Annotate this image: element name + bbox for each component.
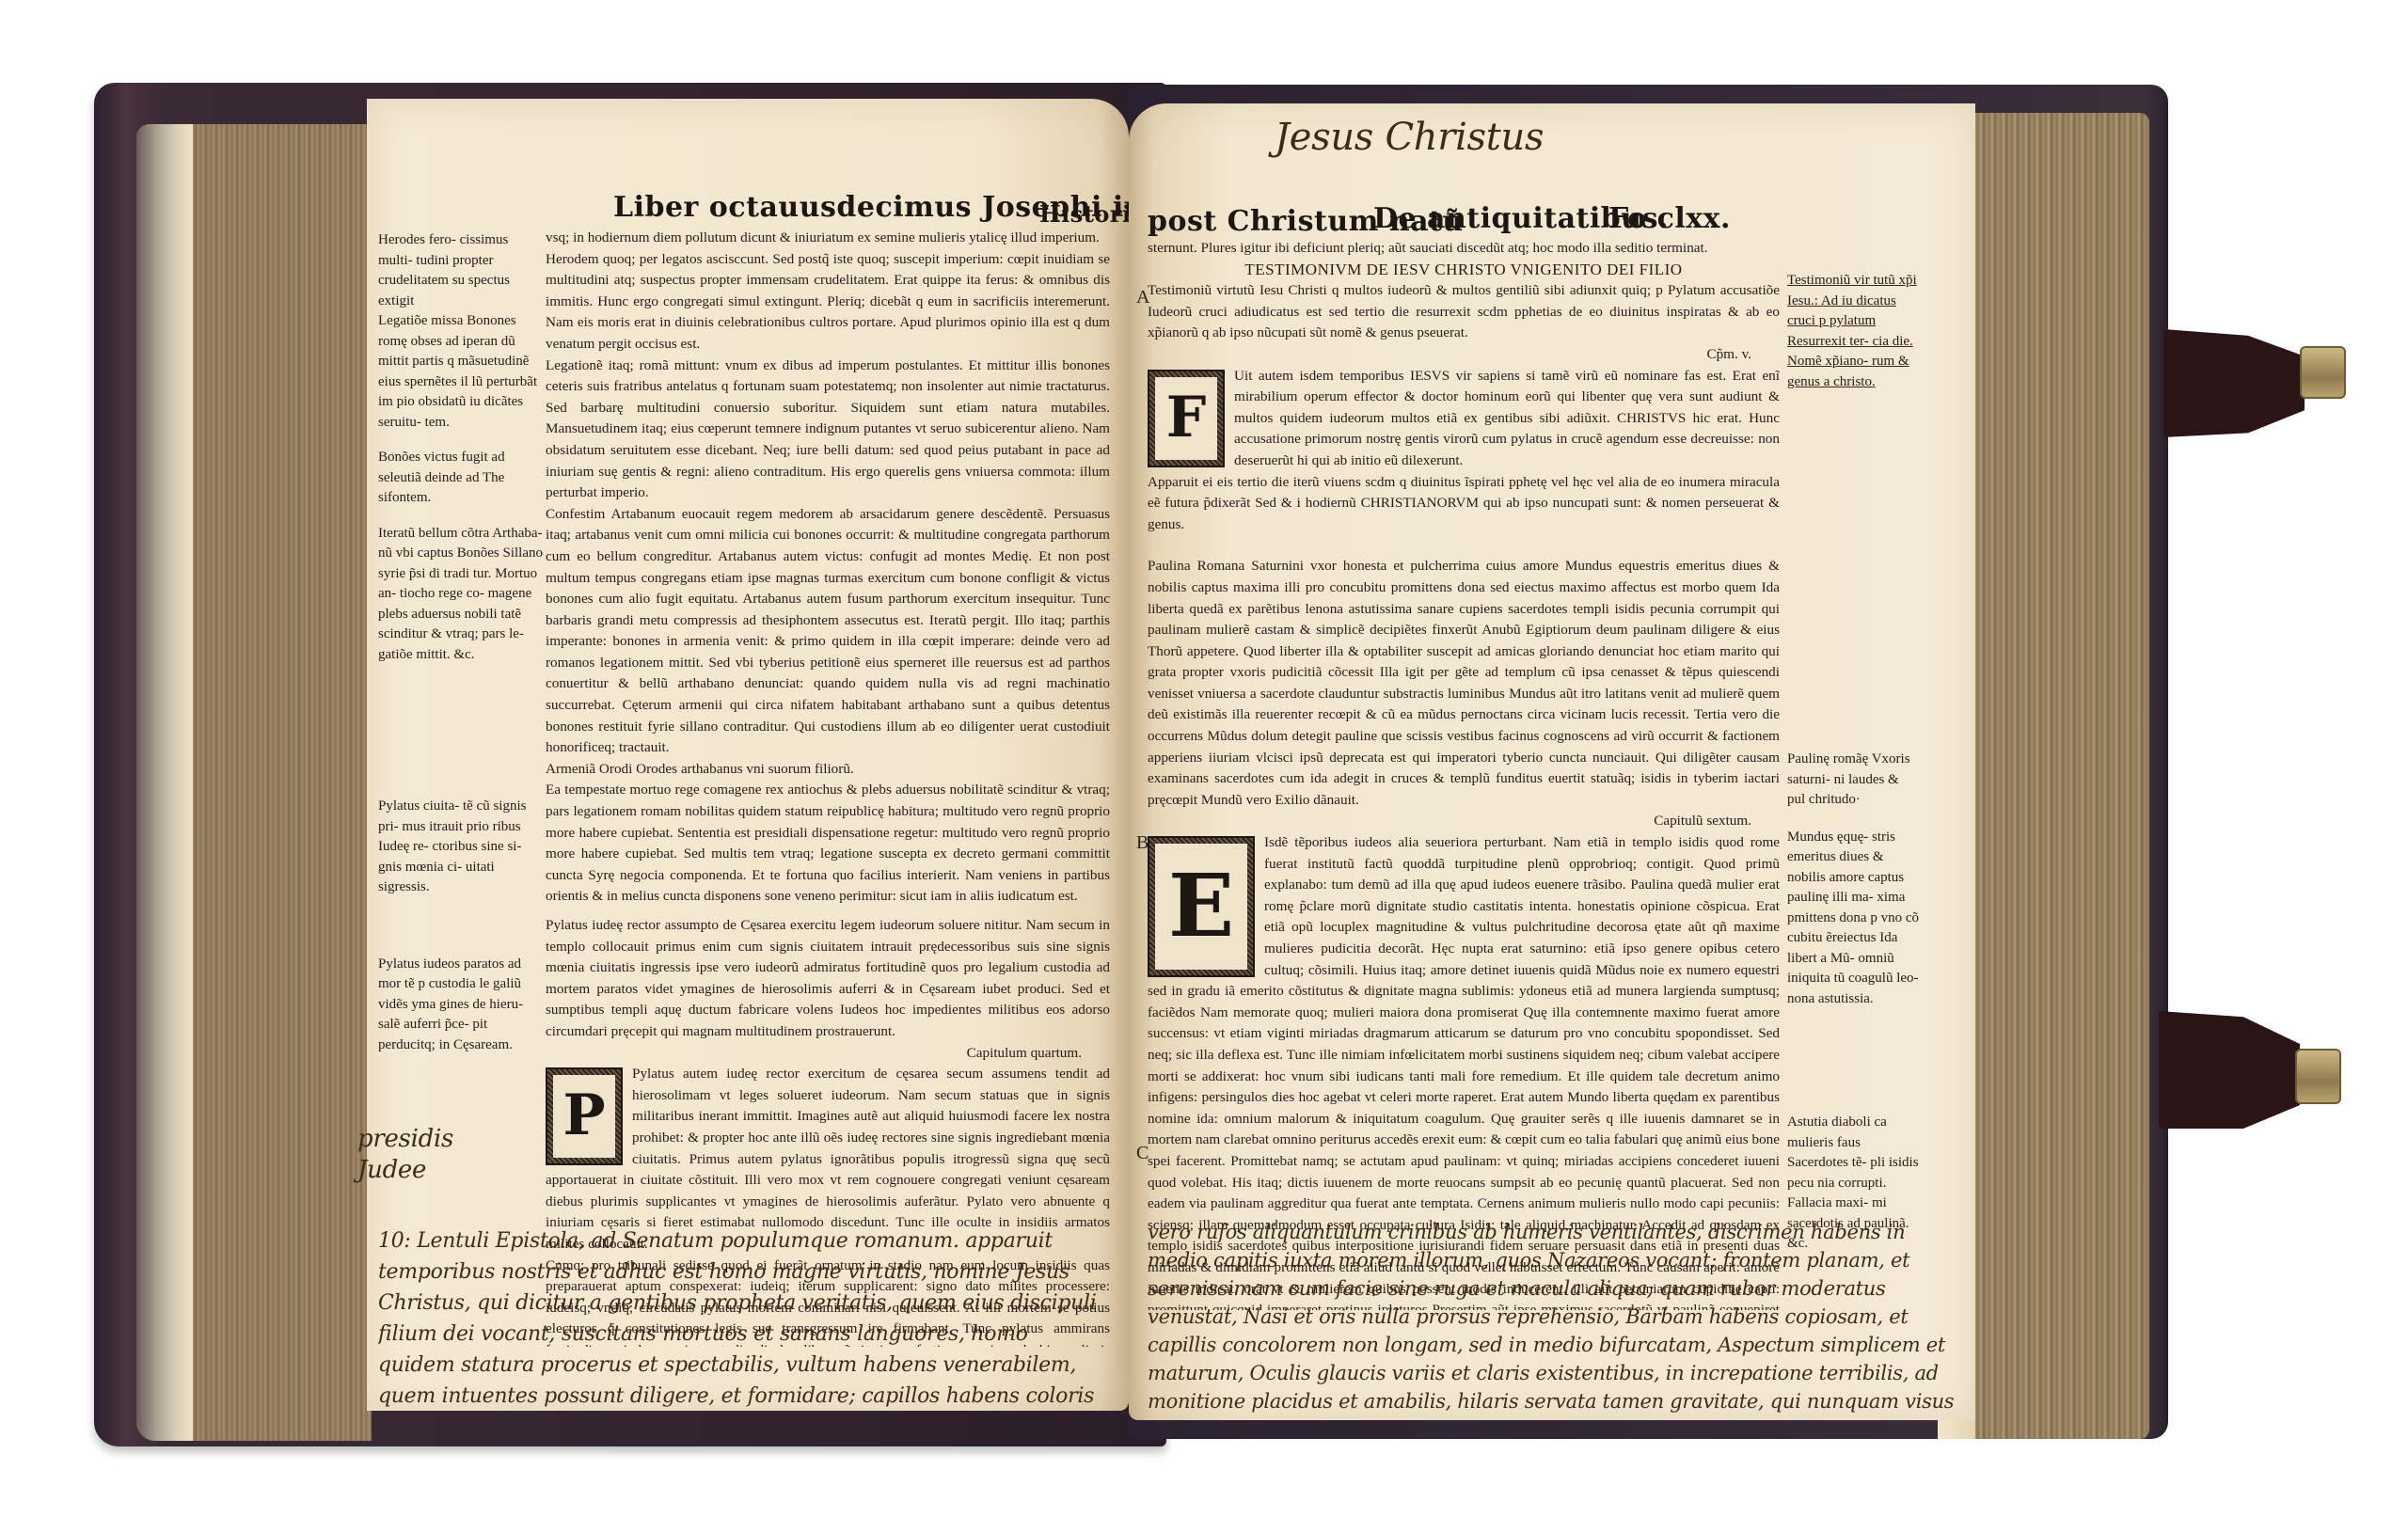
- paragraph: Confestim Artabanum euocauit regem medor…: [546, 504, 1110, 759]
- margin-note: Iteratũ bellum cõtra Arthaba- nũ vbi cap…: [378, 524, 543, 666]
- paragraph: Ea tempestate mortuo rege comagene rex a…: [546, 780, 1110, 908]
- margin-note: Bonões victus fugit ad seleutiã deinde a…: [378, 448, 543, 509]
- decorated-initial-e-icon: E: [1148, 836, 1255, 977]
- folio-number: Fo clxx.: [1608, 202, 1731, 235]
- paragraph: Testimoniũ virtutũ Iesu Christi q multos…: [1148, 280, 1780, 344]
- margin-note: Mundus ęquę- stris emeritus diues & nobi…: [1787, 828, 1919, 1010]
- decorated-initial-d-icon: P: [546, 1067, 623, 1165]
- left-page-block-edge: [136, 124, 372, 1441]
- upper-clasp-buckle-icon: [2300, 346, 2346, 399]
- right-page-block-edge: [1975, 113, 2149, 1439]
- paragraph: Armeniã Orodi Orodes arthabanus vni suor…: [546, 759, 1110, 781]
- chapter-ref: Cp̃m. v.: [1148, 344, 1780, 366]
- right-body-text: sternunt. Plures igitur ibi deficiunt pl…: [1148, 238, 1780, 1310]
- decorated-initial-f-icon: F: [1148, 370, 1225, 467]
- left-manuscript-note: 10: Lentuli Epistola, ad Senatum populum…: [378, 1225, 1107, 1414]
- right-marginalia: Testimoniũ vir tutũ xp̃i Iesu.: Ad iu di…: [1787, 271, 1919, 1352]
- top-handwriting: Jesus Christus: [1275, 122, 1544, 153]
- paragraph: vsq; in hodiernum diem pollutum dicunt &…: [546, 228, 1110, 249]
- chapter-heading: Capitulum quartum.: [546, 1043, 1110, 1065]
- left-marginalia: Herodes fero- cissimus multi- tudini pro…: [378, 230, 543, 1265]
- right-page: Jesus Christus post Christum natũ De ant…: [1129, 103, 1975, 1420]
- paragraph: Paulina Romana Saturnini vxor honesta et…: [1148, 556, 1780, 811]
- open-book: Liber octauusdecimus Josephi iudei Histo…: [0, 0, 2408, 1533]
- margin-note: Herodes fero- cissimus multi- tudini pro…: [378, 230, 543, 311]
- paragraph: Pylatus iudeę rector assumpto de Cęsarea…: [546, 915, 1110, 1043]
- right-manuscript-note: vero rufos aliquantulum crinibus ab hume…: [1148, 1218, 1966, 1420]
- lower-clasp-buckle-icon: [2295, 1049, 2341, 1104]
- section-title: TESTIMONIVM DE IESV CHRISTO VNIGENITO DE…: [1148, 260, 1780, 281]
- paragraph: Herodem quoq; per legatos ascisccunt. Se…: [546, 249, 1110, 356]
- margin-note: Legatiõe missa Bonones romę obses ad ipe…: [378, 311, 543, 433]
- chapter-heading: Capitulũ sextum.: [1148, 811, 1780, 832]
- paragraph: Legationẽ itaq; romã mittunt: vnum ex di…: [546, 356, 1110, 504]
- margin-note: Paulinę romãę Vxoris saturni- ni laudes …: [1787, 750, 1919, 811]
- margin-note: Testimoniũ vir tutũ xp̃i Iesu.: Ad iu di…: [1787, 271, 1919, 392]
- paragraph: Apparuit ei eis tertio die iterũ viuens …: [1148, 472, 1780, 536]
- paragraph: Uit autem isdem temporibus IESVS vir sap…: [1148, 366, 1780, 472]
- margin-note: Pylatus ciuita- tẽ cũ signis pri- mus it…: [378, 797, 543, 898]
- left-page: Liber octauusdecimus Josephi iudei Histo…: [367, 99, 1129, 1411]
- left-body-text: vsq; in hodiernum diem pollutum dicunt &…: [546, 228, 1110, 1347]
- margin-note: Pylatus iudeos paratos ad mor tẽ p custo…: [378, 955, 543, 1056]
- paragraph: sternunt. Plures igitur ibi deficiunt pl…: [1148, 238, 1780, 260]
- margin-handwriting: presidis Judee: [357, 1124, 527, 1186]
